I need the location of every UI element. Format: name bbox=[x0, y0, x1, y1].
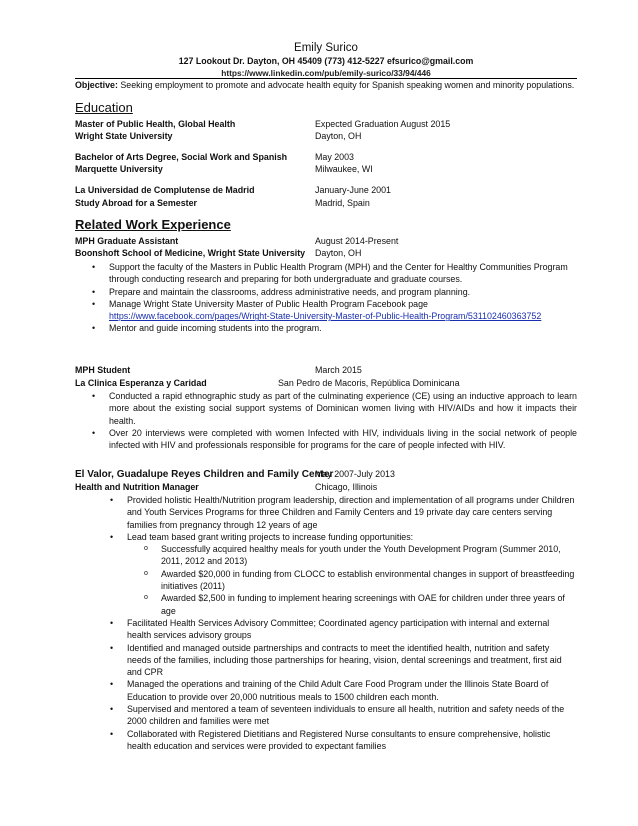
list-item-text: Lead team based grant writing projects t… bbox=[127, 532, 413, 542]
list-item-text: Successfully acquired healthy meals for … bbox=[161, 544, 561, 566]
list-item-text: Awarded $20,000 in funding from CLOCC to… bbox=[161, 569, 574, 591]
bullet-icon: • bbox=[92, 390, 95, 402]
list-item: •Prepare and maintain the classrooms, ad… bbox=[75, 286, 577, 298]
list-item: •Support the faculty of the Masters in P… bbox=[75, 261, 577, 286]
bullet-icon: • bbox=[92, 427, 95, 439]
date: Expected Graduation August 2015 bbox=[315, 119, 450, 130]
date: January-June 2001 bbox=[315, 185, 391, 196]
list-item: •Over 20 interviews were completed with … bbox=[75, 427, 577, 452]
header-rule bbox=[75, 78, 577, 79]
bullet-icon: • bbox=[110, 531, 113, 543]
list-item: •Mentor and guide incoming students into… bbox=[75, 322, 577, 334]
bullet-icon: • bbox=[110, 678, 113, 690]
objective-text: Seeking employment to promote and advoca… bbox=[118, 80, 574, 90]
job-dates: March 2015 bbox=[315, 365, 362, 376]
list-item: •Facilitated Health Services Advisory Co… bbox=[75, 617, 575, 642]
list-item: •Managed the operations and training of … bbox=[75, 678, 575, 703]
bullet-icon: • bbox=[92, 261, 95, 273]
sub-list-item: oSuccessfully acquired healthy meals for… bbox=[75, 543, 575, 568]
education-heading: Education bbox=[75, 100, 133, 115]
objective: Objective: Seeking employment to promote… bbox=[75, 80, 577, 92]
location: Dayton, OH bbox=[315, 131, 361, 142]
employer: Boonshoft School of Medicine, Wright Sta… bbox=[75, 248, 305, 259]
contact-info: 127 Lookout Dr. Dayton, OH 45409 (773) 4… bbox=[75, 56, 577, 66]
list-item-text: Provided holistic Health/Nutrition progr… bbox=[127, 495, 574, 530]
list-item-text: Mentor and guide incoming students into … bbox=[109, 323, 322, 333]
bullet-icon: • bbox=[110, 617, 113, 629]
job-2-bullets: •Conducted a rapid ethnographic study as… bbox=[75, 390, 577, 451]
job-location: Dayton, OH bbox=[315, 248, 361, 259]
job-title: Health and Nutrition Manager bbox=[75, 482, 199, 493]
job-location: San Pedro de Macoris, República Dominica… bbox=[278, 378, 460, 389]
sub-list-item: oAwarded $20,000 in funding from CLOCC t… bbox=[75, 568, 575, 593]
hollow-bullet-icon: o bbox=[144, 543, 148, 555]
objective-label: Objective: bbox=[75, 80, 118, 90]
school: Marquette University bbox=[75, 164, 163, 175]
work-heading: Related Work Experience bbox=[75, 217, 231, 232]
list-item-text: Awarded $2,500 in funding to implement h… bbox=[161, 593, 565, 615]
candidate-name: Emily Surico bbox=[75, 42, 577, 54]
list-item-text: Supervised and mentored a team of sevent… bbox=[127, 704, 564, 726]
date: May 2003 bbox=[315, 152, 354, 163]
list-item-text: Facilitated Health Services Advisory Com… bbox=[127, 618, 549, 640]
list-item: •Manage Wright State University Master o… bbox=[75, 298, 577, 323]
bullet-icon: • bbox=[92, 286, 95, 298]
bullet-icon: • bbox=[110, 642, 113, 654]
school: La Universidad de Complutense de Madrid bbox=[75, 185, 255, 196]
employer: El Valor, Guadalupe Reyes Children and F… bbox=[75, 469, 333, 480]
sub-list-item: oAwarded $2,500 in funding to implement … bbox=[75, 592, 575, 617]
list-item: •Provided holistic Health/Nutrition prog… bbox=[75, 494, 575, 531]
list-item-text: Identified and managed outside partnersh… bbox=[127, 643, 562, 678]
program: Study Abroad for a Semester bbox=[75, 198, 197, 209]
list-item-text: Prepare and maintain the classrooms, add… bbox=[109, 287, 470, 297]
list-item: •Supervised and mentored a team of seven… bbox=[75, 703, 575, 728]
hollow-bullet-icon: o bbox=[144, 592, 148, 604]
bullet-icon: • bbox=[110, 728, 113, 740]
location: Madrid, Spain bbox=[315, 198, 370, 209]
hollow-bullet-icon: o bbox=[144, 568, 148, 580]
list-item: •Lead team based grant writing projects … bbox=[75, 531, 575, 543]
list-item-text: Over 20 interviews were completed with w… bbox=[109, 428, 577, 450]
location: Milwaukee, WI bbox=[315, 164, 373, 175]
list-item: •Conducted a rapid ethnographic study as… bbox=[75, 390, 577, 427]
bullet-icon: • bbox=[110, 494, 113, 506]
job-dates: May 2007-July 2013 bbox=[315, 469, 395, 480]
degree: Bachelor of Arts Degree, Social Work and… bbox=[75, 152, 287, 163]
job-location: Chicago, Illinois bbox=[315, 482, 377, 493]
linkedin-url[interactable]: https://www.linkedin.com/pub/emily-suric… bbox=[75, 68, 577, 78]
job-title: MPH Graduate Assistant bbox=[75, 236, 178, 247]
list-item: •Identified and managed outside partners… bbox=[75, 642, 575, 679]
employer: La Clinica Esperanza y Caridad bbox=[75, 378, 207, 389]
list-item-text: Manage Wright State University Master of… bbox=[109, 299, 428, 309]
school: Wright State University bbox=[75, 131, 172, 142]
degree: Master of Public Health, Global Health bbox=[75, 119, 235, 130]
job-3-bullets: •Provided holistic Health/Nutrition prog… bbox=[75, 494, 575, 752]
job-dates: August 2014-Present bbox=[315, 236, 398, 247]
list-item-text: Support the faculty of the Masters in Pu… bbox=[109, 262, 568, 284]
list-item-text: Managed the operations and training of t… bbox=[127, 679, 548, 701]
list-item: •Collaborated with Registered Dietitians… bbox=[75, 728, 575, 753]
list-item-text: Collaborated with Registered Dietitians … bbox=[127, 729, 550, 751]
bullet-icon: • bbox=[92, 298, 95, 310]
facebook-link[interactable]: https://www.facebook.com/pages/Wright-St… bbox=[109, 311, 541, 321]
job-title: MPH Student bbox=[75, 365, 130, 376]
bullet-icon: • bbox=[110, 703, 113, 715]
job-1-bullets: •Support the faculty of the Masters in P… bbox=[75, 261, 577, 335]
bullet-icon: • bbox=[92, 322, 95, 334]
list-item-text: Conducted a rapid ethnographic study as … bbox=[109, 391, 577, 426]
